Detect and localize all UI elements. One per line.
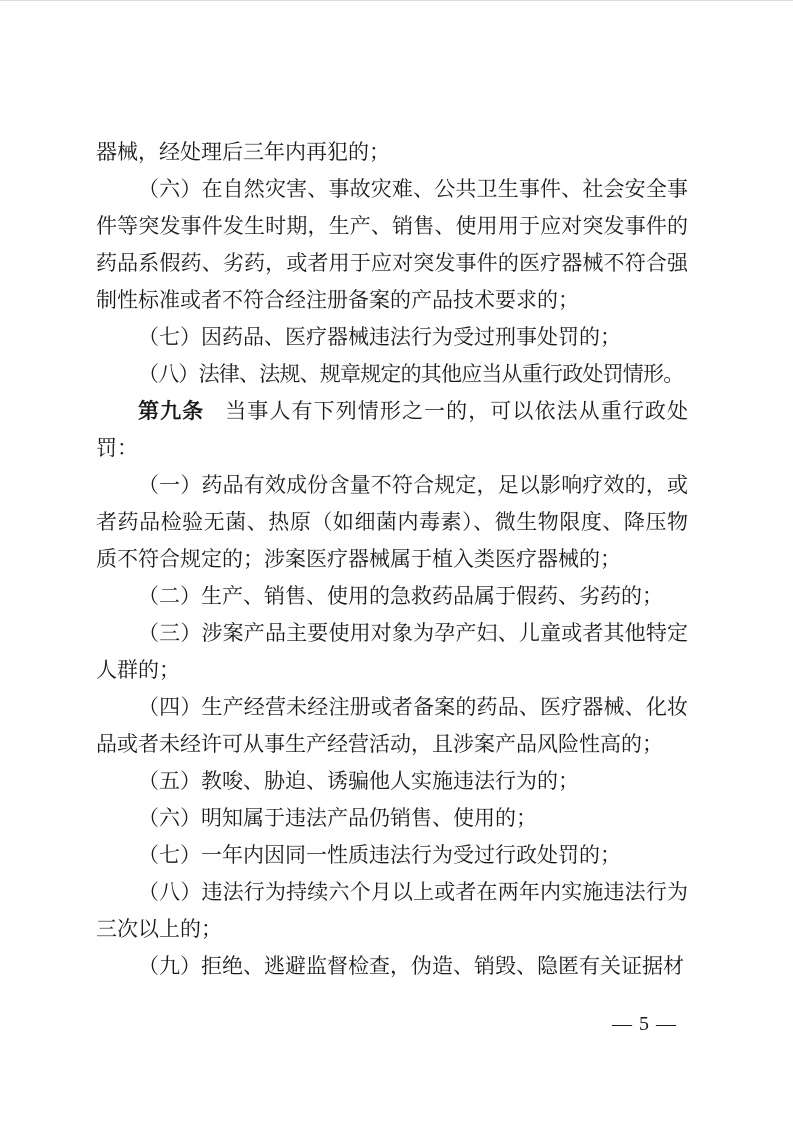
art9-item-8: （八）违法行为持续六个月以上或者在两年内实施违法行为三次以上的； <box>96 874 688 948</box>
art8-item-6: （六）在自然灾害、事故灾难、公共卫生事件、社会安全事件等突发事件发生时期，生产、… <box>96 171 688 319</box>
article-9-label: 第九条 <box>138 399 204 423</box>
document-page: 器械，经处理后三年内再犯的； （六）在自然灾害、事故灾难、公共卫生事件、社会安全… <box>96 134 688 985</box>
art9-item-6: （六）明知属于违法产品仍销售、使用的； <box>96 800 688 837</box>
art9-item-2: （二）生产、销售、使用的急救药品属于假药、劣药的； <box>96 578 688 615</box>
art9-item-4: （四）生产经营未经注册或者备案的药品、医疗器械、化妆品或者未经许可从事生产经营活… <box>96 689 688 763</box>
art9-item-3: （三）涉案产品主要使用对象为孕产妇、儿童或者其他特定人群的； <box>96 615 688 689</box>
art9-item-5: （五）教唆、胁迫、诱骗他人实施违法行为的； <box>96 763 688 800</box>
art9-item-9: （九）拒绝、逃避监督检查，伪造、销毁、隐匿有关证据材 <box>96 948 688 985</box>
page-number: — 5 — <box>612 1013 677 1036</box>
art8-item-7: （七）因药品、医疗器械违法行为受过刑事处罚的； <box>96 319 688 356</box>
article-9-paragraph: 第九条当事人有下列情形之一的，可以依法从重行政处罚： <box>96 393 688 467</box>
art9-item-7: （七）一年内因同一性质违法行为受过行政处罚的； <box>96 837 688 874</box>
scan-top-edge <box>0 0 793 1</box>
art8-item-8: （八）法律、法规、规章规定的其他应当从重行政处罚情形。 <box>96 356 688 393</box>
continuation-paragraph: 器械，经处理后三年内再犯的； <box>96 134 688 171</box>
art9-item-1: （一）药品有效成份含量不符合规定，足以影响疗效的，或者药品检验无菌、热原（如细菌… <box>96 467 688 578</box>
